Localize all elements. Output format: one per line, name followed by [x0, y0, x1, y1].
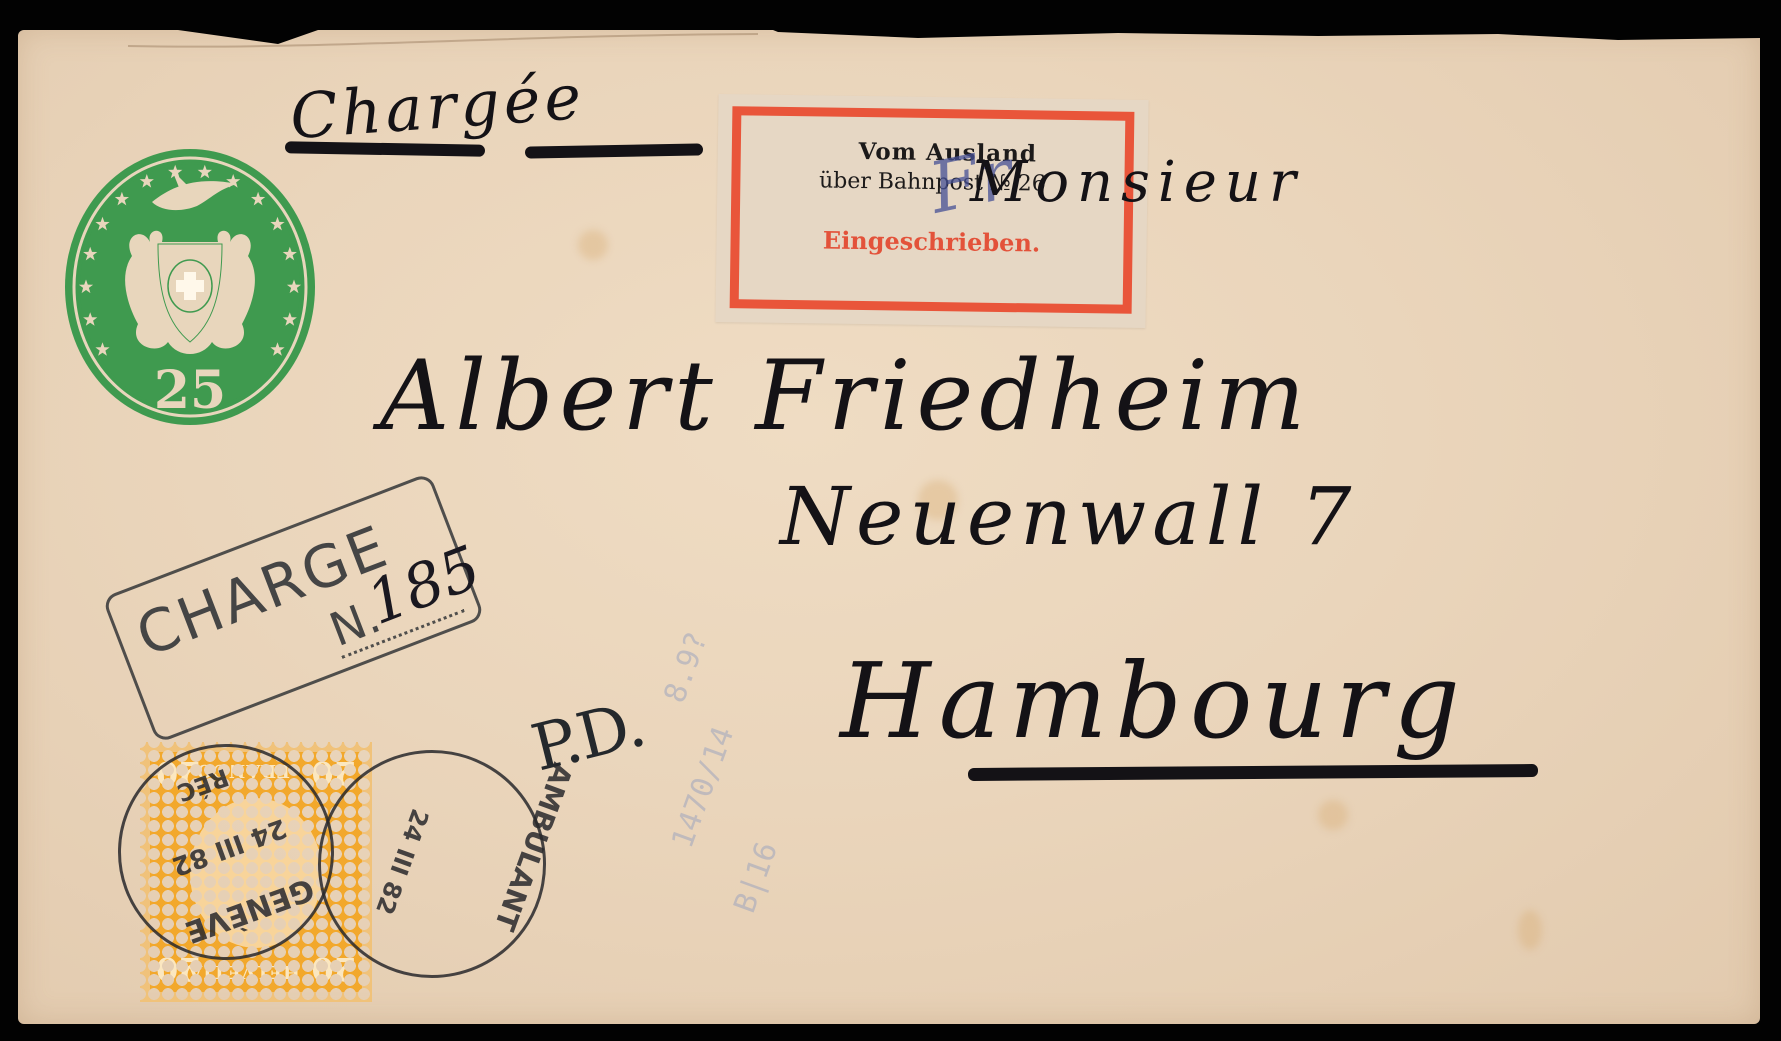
- stamp-value-tl: 20: [311, 950, 356, 988]
- indicium-value: 25: [154, 360, 226, 421]
- street-handwriting: Neuenwall 7: [780, 470, 1357, 563]
- salutation-handwriting: Monsieur: [970, 150, 1304, 215]
- postmark-ambulant-date: 24 III 82: [370, 805, 434, 918]
- indicium-25-icon: 25: [62, 146, 318, 428]
- stamp-country: HELVETIA: [187, 961, 300, 982]
- registration-label-line3: Eingeschrieben.: [716, 224, 1146, 259]
- postmark-geneve-date: 24 III 82: [168, 812, 291, 881]
- city-handwriting: Hambourg: [840, 640, 1468, 762]
- postmark-geneve-suffix: RÉC: [173, 763, 232, 807]
- addressee-name-handwriting: Albert Friedheim: [380, 340, 1311, 452]
